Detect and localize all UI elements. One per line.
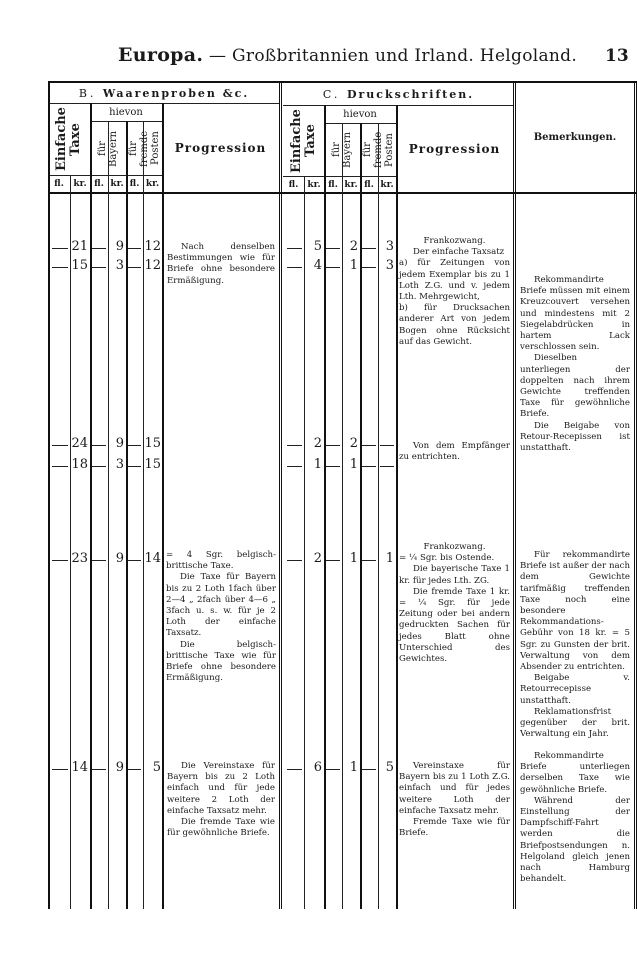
value-bayern-kr: 2 — [342, 239, 358, 254]
dash-fl — [52, 445, 68, 446]
header-bemerkungen: Bemerkungen. — [516, 83, 634, 192]
remark-paragraph: Die Beigabe von Retour-Recepissen ist un… — [520, 421, 630, 455]
col-rule — [324, 105, 326, 909]
progression-paragraph: Die fremde Taxe wie für gewöhnliche Brie… — [167, 817, 275, 839]
value-bayern-kr: 1 — [342, 258, 358, 273]
col-rule — [48, 81, 50, 909]
progression-text-c: Von dem Empfänger zu entrichten. — [399, 441, 510, 463]
unit-fl: fl. — [360, 177, 378, 192]
value-taxe-kr: 24 — [70, 436, 88, 451]
value-taxe-kr: 2 — [304, 551, 322, 566]
progression-paragraph: Die fremde Taxe 1 kr. = ¼ Sgr. für jede … — [399, 587, 510, 665]
progression-heading: Frankozwang. — [399, 542, 510, 553]
dash-fl — [287, 769, 302, 770]
section-c-label: Druckschriften. — [347, 88, 474, 101]
value-fremde-kr: 1 — [378, 551, 394, 566]
col-rule — [396, 105, 398, 909]
section-c-heading: C. Druckschriften. — [283, 83, 514, 105]
header-progression-b: Progression — [162, 104, 279, 192]
progression-text-b: Die Vereinstaxe für Bayern bis zu 2 Loth… — [167, 761, 275, 839]
progression-paragraph: Vereinstaxe für Bayern bis zu 1 Loth Z.G… — [399, 761, 510, 817]
dash-fl — [128, 769, 141, 770]
value-bayern-kr: 1 — [342, 760, 358, 775]
value-fremde-kr: 12 — [143, 239, 161, 254]
value-taxe-kr: 15 — [70, 258, 88, 273]
unit-fl: fl. — [90, 176, 108, 192]
dash-fl — [287, 466, 302, 467]
header-hievon-b: hievon — [90, 104, 162, 121]
progression-text-c: Vereinstaxe für Bayern bis zu 1 Loth Z.G… — [399, 761, 510, 839]
value-taxe-kr: 6 — [304, 760, 322, 775]
dash-fl — [326, 267, 340, 268]
header-progression-c: Progression — [396, 106, 513, 192]
fremde-posten-label: für fremde Posten — [128, 122, 161, 175]
dash-fl — [326, 560, 340, 561]
progression-text-c: Frankozwang. Der einfache Taxsatz a) für… — [399, 236, 510, 348]
dash-fl — [362, 267, 376, 268]
value-fremde-kr: 3 — [378, 239, 394, 254]
header-fremde-posten-c: für fremde Posten — [360, 124, 396, 176]
progression-paragraph: = ¼ Sgr. bis Ostende. — [399, 553, 510, 564]
dash-fl — [287, 560, 302, 561]
progression-paragraph: Von dem Empfänger zu entrichten. — [399, 441, 510, 463]
unit-kr: kr. — [70, 176, 90, 192]
value-taxe-kr: 4 — [304, 258, 322, 273]
progression-text-b: = 4 Sgr. belgisch-brittische Taxe. Die T… — [166, 550, 276, 684]
header-einfache-taxe-b: Einfache Taxe — [48, 104, 90, 175]
dash-fl — [52, 560, 68, 561]
dash-fl — [92, 466, 106, 467]
col-rule — [90, 103, 92, 909]
dash-fl — [52, 466, 68, 467]
dash-fl — [128, 466, 141, 467]
header-fremde-posten-b: für fremde Posten — [126, 122, 162, 175]
page-title: Europa. — Großbritannien und Irland. Hel… — [118, 44, 577, 66]
col-rule — [513, 81, 516, 909]
header-fuer-bayern-c: für Bayern — [324, 124, 360, 176]
value-bayern-kr: 9 — [108, 239, 124, 254]
progression-paragraph: Der einfache Taxsatz — [399, 247, 510, 258]
page-number: 13 — [605, 46, 629, 66]
dash-fl — [287, 248, 302, 249]
value-fremde-kr: 14 — [143, 551, 161, 566]
bemerkungen-text: Rekommandirte Briefe müssen mit einem Kr… — [520, 275, 630, 454]
value-taxe-kr: 23 — [70, 551, 88, 566]
dash-kr — [380, 445, 394, 446]
value-bayern-kr: 3 — [108, 258, 124, 273]
header-hievon-c: hievon — [324, 106, 396, 123]
fuer-bayern-label: für Bayern — [331, 124, 353, 176]
value-fremde-kr: 5 — [143, 760, 161, 775]
dash-fl — [287, 267, 302, 268]
dash-fl — [362, 769, 376, 770]
dash-fl — [326, 466, 340, 467]
col-rule — [279, 81, 282, 909]
dash-fl — [362, 560, 376, 561]
unit-kr: kr. — [378, 177, 396, 192]
title-countries: — Großbritannien und Irland. Helgoland. — [209, 46, 577, 66]
remark-paragraph: Rekommandirte Briefe müssen mit einem Kr… — [520, 275, 630, 353]
dash-fl — [128, 560, 141, 561]
col-rule — [162, 103, 164, 909]
dash-fl — [287, 445, 302, 446]
dash-fl — [128, 248, 141, 249]
dash-fl — [362, 445, 376, 446]
progression-heading: Frankozwang. — [399, 236, 510, 247]
remark-paragraph: Während der Einstellung der Dampfschiff-… — [520, 796, 630, 886]
einfache-taxe-label: Einfache Taxe — [55, 104, 83, 175]
dash-fl — [128, 267, 141, 268]
col-rule — [126, 121, 128, 909]
value-taxe-kr: 5 — [304, 239, 322, 254]
remark-paragraph: Für rekommandirte Briefe ist außer der n… — [520, 550, 630, 673]
dash-kr — [380, 466, 394, 467]
remark-paragraph: Beigabe v. Retourrecepisse unstatthaft. — [520, 673, 630, 707]
value-fremde-kr: 3 — [378, 258, 394, 273]
value-taxe-kr: 18 — [70, 457, 88, 472]
unit-kr: kr. — [108, 176, 126, 192]
progression-text-c: Frankozwang. = ¼ Sgr. bis Ostende. Die b… — [399, 542, 510, 665]
remark-paragraph: Rekommandirte Briefe unterliegen derselb… — [520, 751, 630, 796]
dash-fl — [52, 769, 68, 770]
value-fremde-kr: 15 — [143, 436, 161, 451]
value-taxe-kr: 2 — [304, 436, 322, 451]
title-europa: Europa. — [118, 44, 203, 66]
bemerkungen-text: Für rekommandirte Briefe ist außer der n… — [520, 550, 630, 740]
value-bayern-kr: 9 — [108, 436, 124, 451]
dash-fl — [92, 267, 106, 268]
header-einfache-taxe-c: Einfache Taxe — [283, 106, 324, 176]
dash-fl — [52, 267, 68, 268]
progression-paragraph: Die bayerische Taxe 1 kr. für jedes Lth.… — [399, 564, 510, 586]
col-rule — [304, 176, 305, 909]
fuer-bayern-label: für Bayern — [97, 122, 119, 175]
value-bayern-kr: 9 — [108, 551, 124, 566]
progression-paragraph: Die Taxe für Bayern bis zu 2 Loth 1fach … — [166, 572, 276, 639]
dash-fl — [326, 445, 340, 446]
value-fremde-kr: 15 — [143, 457, 161, 472]
section-b-heading: B. Waarenproben &c. — [48, 83, 280, 103]
section-c-letter: C. — [323, 88, 341, 101]
value-bayern-kr: 1 — [342, 457, 358, 472]
remark-paragraph: Reklamationsfrist gegenüber der brit. Ve… — [520, 707, 630, 741]
section-b-letter: B. — [79, 87, 97, 100]
header-fuer-bayern-b: für Bayern — [90, 122, 126, 175]
unit-kr: kr. — [143, 176, 162, 192]
value-bayern-kr: 2 — [342, 436, 358, 451]
dash-fl — [52, 248, 68, 249]
value-bayern-kr: 9 — [108, 760, 124, 775]
value-fremde-kr: 5 — [378, 760, 394, 775]
remark-paragraph: Dieselben unterliegen der doppelten nach… — [520, 353, 630, 420]
dash-fl — [326, 248, 340, 249]
einfache-taxe-label: Einfache Taxe — [290, 106, 318, 176]
dash-fl — [326, 769, 340, 770]
progression-paragraph: Die belgisch-brittische Taxe wie für Bri… — [166, 640, 276, 685]
progression-item-b: b) für Drucksachen anderer Art von jedem… — [399, 303, 510, 348]
value-bayern-kr: 3 — [108, 457, 124, 472]
value-taxe-kr: 14 — [70, 760, 88, 775]
progression-equivalence: = 4 Sgr. belgisch-brittische Taxe. — [166, 550, 276, 572]
col-rule — [360, 123, 362, 909]
value-taxe-kr: 21 — [70, 239, 88, 254]
dash-fl — [92, 248, 106, 249]
dash-fl — [362, 248, 376, 249]
progression-item-a: a) für Zeitungen von jedem Exemplar bis … — [399, 258, 510, 303]
progression-paragraph: Nach denselben Bestimmungen wie für Brie… — [167, 242, 275, 287]
unit-fl: fl. — [324, 177, 342, 192]
unit-kr: kr. — [304, 177, 324, 192]
dash-fl — [92, 445, 106, 446]
dash-fl — [128, 445, 141, 446]
progression-paragraph: Fremde Taxe wie für Briefe. — [399, 817, 510, 839]
section-b-label: Waarenproben &c. — [103, 87, 249, 100]
dash-fl — [362, 466, 376, 467]
col-rule — [70, 175, 71, 909]
unit-fl: fl. — [48, 176, 70, 192]
unit-fl: fl. — [283, 177, 304, 192]
dash-fl — [92, 769, 106, 770]
postal-rate-table: B. Waarenproben &c. Einfache Taxe hievon… — [40, 81, 637, 911]
value-taxe-kr: 1 — [304, 457, 322, 472]
value-fremde-kr: 12 — [143, 258, 161, 273]
dash-fl — [92, 560, 106, 561]
progression-paragraph: Die Vereinstaxe für Bayern bis zu 2 Loth… — [167, 761, 275, 817]
progression-text-b: Nach denselben Bestimmungen wie für Brie… — [167, 242, 275, 287]
bemerkungen-text: Rekommandirte Briefe unterliegen derselb… — [520, 751, 630, 885]
value-bayern-kr: 1 — [342, 551, 358, 566]
fremde-posten-label: für fremde Posten — [362, 124, 395, 176]
unit-fl: fl. — [126, 176, 143, 192]
unit-kr: kr. — [342, 177, 360, 192]
